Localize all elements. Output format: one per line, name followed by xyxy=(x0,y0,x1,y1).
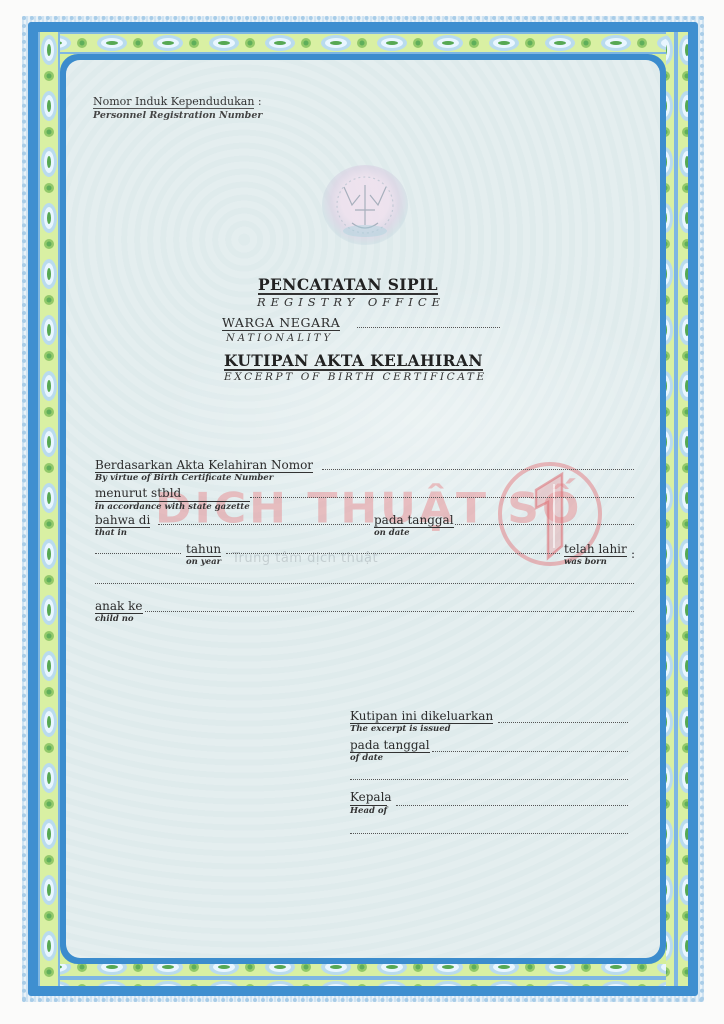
issued-label: Kutipan ini dikeluarkan xyxy=(350,709,493,724)
head-label-en: Head of xyxy=(350,805,387,816)
place-label-en: that in xyxy=(95,528,127,538)
issue-date-label: pada tanggal xyxy=(350,738,430,753)
stbld-label-en: in accordance with state gazette xyxy=(95,501,250,512)
garuda-emblem-icon xyxy=(322,165,408,245)
year-field[interactable] xyxy=(226,553,560,554)
child-no-label: anak ke xyxy=(95,599,143,614)
place-label: bahwa di xyxy=(95,513,150,528)
nationality-field[interactable] xyxy=(357,327,500,328)
born-label: telah lahir xyxy=(564,542,627,557)
born-label-en: was born xyxy=(564,557,607,567)
registry-office-title: PENCATATAN SIPIL xyxy=(258,276,438,295)
id-number-label: Nomor Induk Kependudukan : xyxy=(93,95,262,108)
place-field[interactable] xyxy=(158,524,370,525)
head-label: Kepala xyxy=(350,790,392,804)
issue-extra-field[interactable] xyxy=(350,779,628,780)
issued-place-field[interactable] xyxy=(498,722,628,723)
cert-number-field[interactable] xyxy=(322,469,634,470)
nationality-label-en: NATIONALITY xyxy=(226,333,333,344)
issue-date-field[interactable] xyxy=(432,751,628,752)
cert-number-label-en: By virtue of Birth Certificate Number xyxy=(95,473,273,483)
stbld-label: menurut stbld xyxy=(95,486,181,500)
registry-office-title-en: REGISTRY OFFICE xyxy=(257,295,445,309)
child-no-label-en: child no xyxy=(95,614,134,624)
child-name-field[interactable] xyxy=(95,583,634,584)
date-label: pada tanggal xyxy=(374,513,454,528)
date-label-en: on date xyxy=(374,528,410,538)
child-no-field[interactable] xyxy=(145,611,634,612)
year-label-en: on year xyxy=(186,557,221,567)
certificate-title-en: EXCERPT OF BIRTH CERTIFICATE xyxy=(224,371,487,383)
signature-field[interactable] xyxy=(350,833,628,834)
year-label: tahun xyxy=(186,542,221,557)
born-colon: : xyxy=(631,547,635,561)
date-field[interactable] xyxy=(455,524,634,525)
day-month-field[interactable] xyxy=(95,553,181,554)
issue-date-label-en: of date xyxy=(350,753,383,763)
stbld-field[interactable] xyxy=(250,497,634,498)
head-field[interactable] xyxy=(396,805,628,806)
id-number-label-en: Personnel Registration Number xyxy=(93,110,262,121)
cert-number-label: Berdasarkan Akta Kelahiran Nomor xyxy=(95,458,313,473)
issued-label-en: The excerpt is issued xyxy=(350,724,451,734)
nationality-label: WARGA NEGARA xyxy=(222,316,340,331)
certificate-title: KUTIPAN AKTA KELAHIRAN xyxy=(224,352,483,371)
